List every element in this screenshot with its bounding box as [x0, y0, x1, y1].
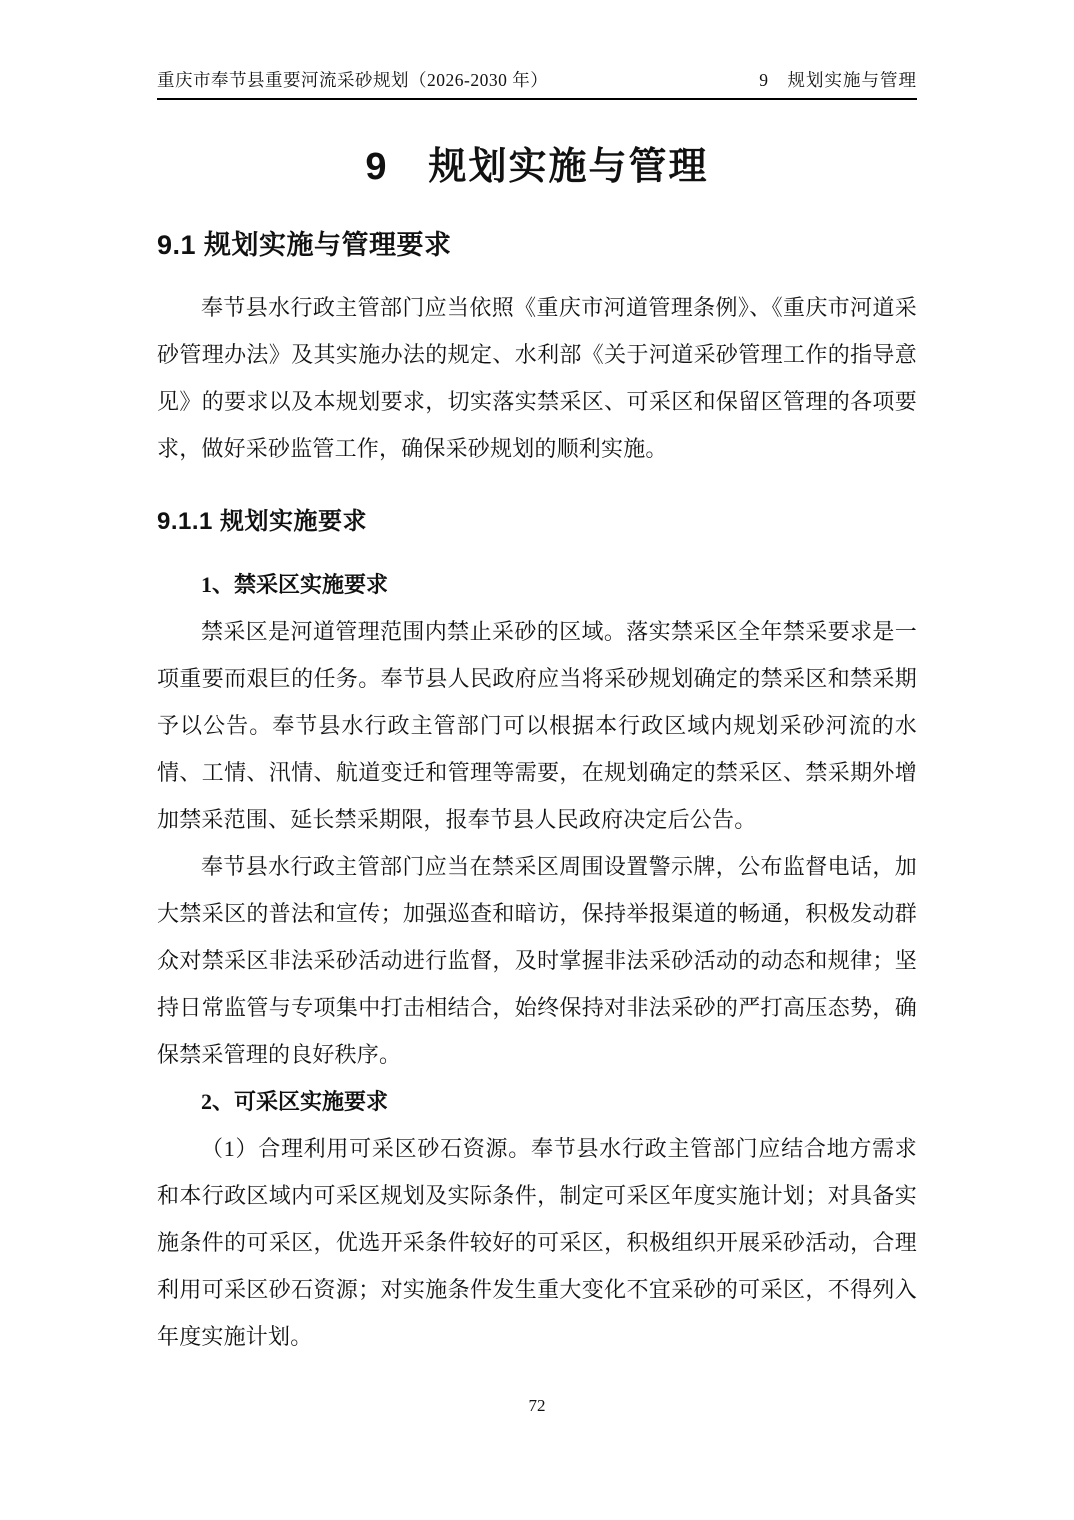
section-9-1-heading: 9.1 规划实施与管理要求 — [157, 229, 917, 261]
running-header: 重庆市奉节县重要河流采砂规划（2026-2030 年） 9 规划实施与管理 — [157, 0, 917, 100]
running-header-document-title: 重庆市奉节县重要河流采砂规划（2026-2030 年） — [157, 70, 548, 91]
paragraph-prohibited-area-1: 禁采区是河道管理范围内禁止采砂的区域。落实禁采区全年禁采要求是一项重要而艰巨的任… — [157, 608, 917, 843]
paragraph-implementation-overview: 奉节县水行政主管部门应当依照《重庆市河道管理条例》、《重庆市河道采砂管理办法》及… — [157, 284, 917, 472]
chapter-title: 9 规划实施与管理 — [157, 142, 917, 193]
document-page: 重庆市奉节县重要河流采砂规划（2026-2030 年） 9 规划实施与管理 9 … — [0, 0, 1074, 1520]
item-2-heading: 2、可采区实施要求 — [157, 1078, 917, 1125]
item-1-heading: 1、禁采区实施要求 — [157, 561, 917, 608]
page-number: 72 — [0, 1396, 1074, 1416]
subsection-9-1-1-heading: 9.1.1 规划实施要求 — [157, 508, 917, 537]
paragraph-prohibited-area-2: 奉节县水行政主管部门应当在禁采区周围设置警示牌，公布监督电话，加大禁采区的普法和… — [157, 843, 917, 1078]
running-header-chapter: 9 规划实施与管理 — [759, 70, 917, 91]
paragraph-minable-area: （1）合理利用可采区砂石资源。奉节县水行政主管部门应结合地方需求和本行政区域内可… — [157, 1125, 917, 1360]
